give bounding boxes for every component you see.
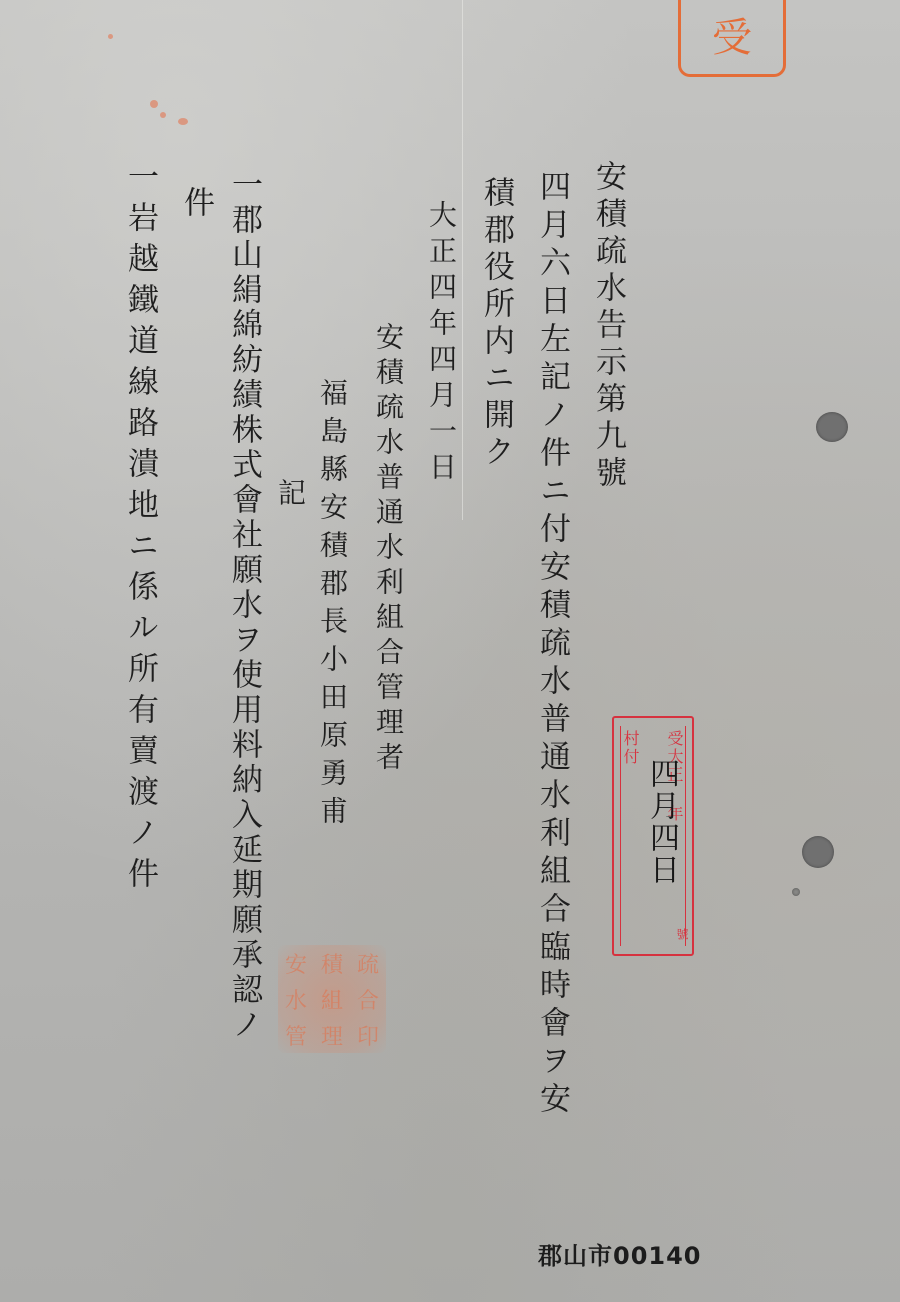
paper-crease: [462, 0, 463, 520]
seal-glyph: 疏: [357, 948, 379, 979]
body-column-1: 四月六日左記ノ件ニ付安積疏水普通水利組合臨時會ヲ安: [536, 170, 567, 1120]
item-1-column: 一郡山絹綿紡績株式會社願水ヲ使用料納入延期願承認ノ: [228, 168, 259, 1043]
receipt-handwritten-date: 四月四日: [646, 758, 676, 886]
receipt-stamp: 受大正 年 村付 號 四月四日: [612, 716, 694, 956]
seal-glyph: 積: [321, 948, 343, 979]
item-2-column: 一岩越鐵道線路潰地ニ係ル所有賣渡ノ件: [124, 160, 155, 898]
ink-spot: [150, 100, 158, 108]
seal-glyph: 理: [321, 1020, 343, 1051]
seal-glyph: 管: [285, 1020, 307, 1051]
ink-spot: [178, 118, 188, 125]
seal-glyph: 水: [285, 984, 307, 1015]
receipt-stamp-suffix: 號: [676, 928, 688, 942]
archive-id-label: 郡山市00140: [538, 1236, 702, 1271]
ink-spot: [160, 112, 166, 118]
top-seal-stamp: 受: [678, 0, 786, 77]
issuer-name-column: 福島縣安積郡長小田原勇甫: [318, 378, 346, 834]
receipt-stamp-text-left: 村付: [622, 730, 638, 766]
binding-hole-small: [792, 888, 800, 896]
seal-glyph: 安: [285, 948, 307, 979]
heading-ki: 記: [276, 478, 304, 514]
seal-glyph: 組: [321, 984, 343, 1015]
body-column-2: 積郡役所内ニ開ク: [480, 176, 511, 472]
binding-hole: [816, 412, 848, 442]
ink-spot: [108, 34, 113, 39]
seal-glyph: 印: [357, 1020, 379, 1051]
seal-glyph: 合: [357, 984, 379, 1015]
binding-hole: [802, 836, 834, 868]
seal-glyph: 受: [712, 6, 752, 63]
notice-title-column: 安積疏水告示第九號: [592, 160, 623, 493]
date-column: 大正四年四月一日: [427, 200, 455, 488]
item-1-continuation: 件: [180, 186, 211, 223]
official-seal: 安 積 疏 水 組 合 管 理 印: [278, 945, 386, 1053]
issuer-org-column: 安積疏水普通水利組合管理者: [374, 322, 402, 777]
